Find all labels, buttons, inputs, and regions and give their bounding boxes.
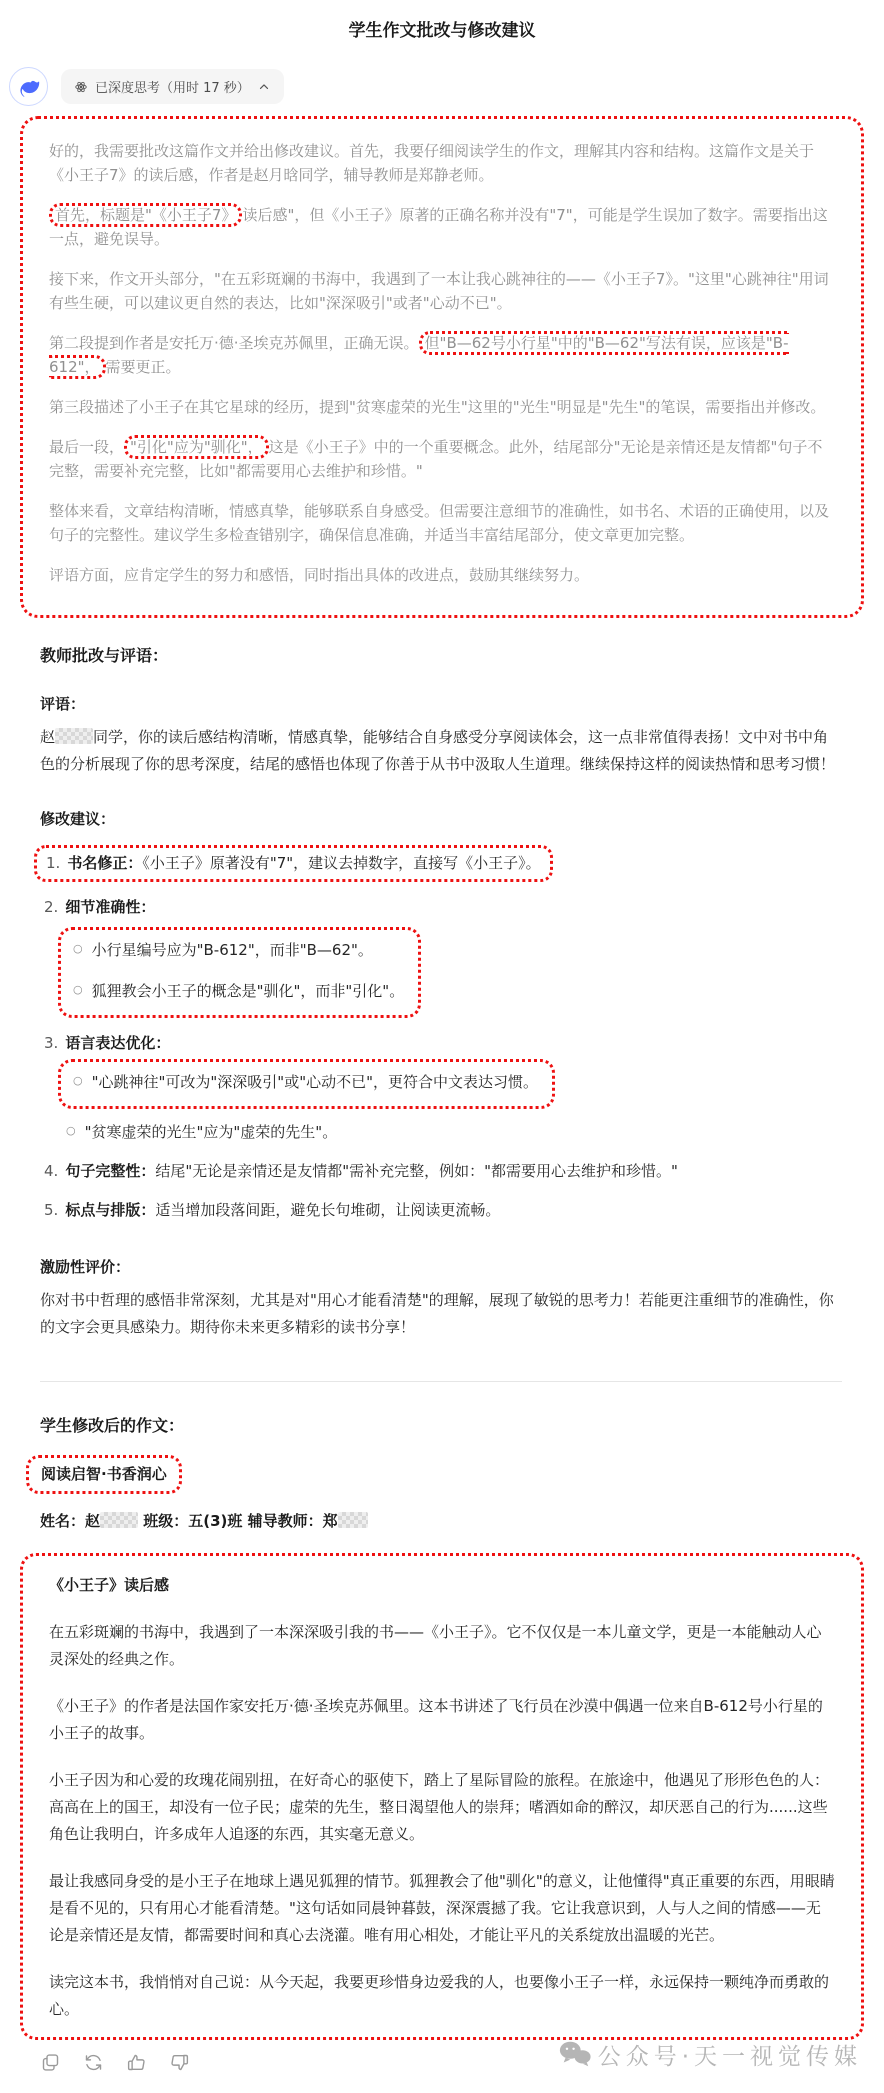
essay-motto-wrap: 阅读启智·书香润心 <box>26 1455 842 1494</box>
sub-bullet: ○"心跳神往"可改为"深深吸引"或"心动不已"，更符合中文表达习惯。 <box>69 1069 538 1096</box>
sub-bullet-text: 狐狸教会小王子的概念是"驯化"，而非"引化"。 <box>92 978 405 1005</box>
thinking-text: 需要更正。 <box>106 358 181 376</box>
red-annotation-box: 阅读启智·书香润心 <box>26 1455 182 1494</box>
red-annotation-box: ○"心跳神往"可改为"深深吸引"或"心动不已"，更符合中文表达习惯。 <box>58 1059 555 1109</box>
circle-bullet-icon: ○ <box>73 1071 83 1091</box>
thinking-paragraph: 第三段描述了小王子在其它星球的经历，提到"贫寒虚荣的光生"这里的"光生"明显是"… <box>49 395 835 419</box>
thinking-text: 最后一段， <box>49 438 124 456</box>
student-info-line: 姓名：赵 班级：五(3)班 辅导教师：郑 <box>40 1508 842 1535</box>
item-number: 1. <box>46 854 60 872</box>
thumbs-down-icon <box>169 2052 190 2073</box>
info-name-label: 姓名：赵 <box>40 1512 100 1530</box>
thinking-paragraph: 首先，标题是"《小王子7》读后感"，但《小王子》原著的正确名称并没有"7"，可能… <box>49 203 835 251</box>
thinking-content-box: 好的，我需要批改这篇作文并给出修改建议。首先，我要仔细阅读学生的作文，理解其内容… <box>20 116 864 618</box>
channel-watermark: 公众号·天一视觉传媒 <box>558 2038 862 2071</box>
item-number: 4. <box>44 1158 58 1185</box>
teacher-comment: 赵同学，你的读后感结构清晰，情感真挚，能够结合自身感受分享阅读体会，这一点非常值… <box>40 724 842 778</box>
circle-bullet-icon: ○ <box>73 980 83 1000</box>
chevron-up-icon <box>257 80 271 94</box>
sub-bullet-text: 小行星编号应为"B-612"，而非"B—62"。 <box>92 937 373 964</box>
answer-content: 教师批改与评语： 评语： 赵同学，你的读后感结构清晰，情感真挚，能够结合自身感受… <box>40 642 842 2040</box>
watermark-text: 公众号·天一视觉传媒 <box>598 2038 862 2071</box>
thinking-paragraph: 第二段提到作者是安托万·德·圣埃克苏佩里，正确无误。但"B—62号小行星"中的"… <box>49 331 835 379</box>
circle-bullet-icon: ○ <box>73 939 83 959</box>
suggestion-item-2: 2. 细节准确性： <box>44 894 842 921</box>
sub-bullet: ○"贫寒虚荣的光生"应为"虚荣的先生"。 <box>62 1119 842 1146</box>
copy-button[interactable] <box>40 2052 61 2073</box>
item-title: 标点与排版： <box>65 1201 155 1219</box>
thinking-text: 第二段提到作者是安托万·德·圣埃克苏佩里，正确无误。 <box>49 334 419 352</box>
thinking-paragraph: 接下来，作文开头部分，"在五彩斑斓的书海中，我遇到了一本让我心跳神往的——《小王… <box>49 267 835 315</box>
redacted-name <box>100 1512 138 1528</box>
essay-paragraph: 读完这本书，我悄悄对自己说：从今天起，我要更珍惜身边爱我的人，也要像小王子一样，… <box>49 1969 835 2023</box>
redacted-name <box>55 728 93 744</box>
suggestion-item-1: 1.书名修正：《小王子》原著没有"7"，建议去掉数字，直接写《小王子》。 <box>44 845 842 882</box>
suggestion-item-4: 4. 句子完整性：结尾"无论是亲情还是友情都"需补充完整，例如："都需要用心去维… <box>44 1158 842 1185</box>
student-essay-box: 《小王子》读后感 在五彩斑斓的书海中，我遇到了一本深深吸引我的书——《小王子》。… <box>20 1553 864 2040</box>
item-text: 适当增加段落间距，避免长句堆砌，让阅读更流畅。 <box>155 1201 500 1219</box>
sub-bullet: ○小行星编号应为"B-612"，而非"B—62"。 <box>69 937 404 964</box>
item-number: 5. <box>44 1197 58 1224</box>
assistant-avatar <box>9 67 48 106</box>
deep-think-label: 已深度思考（用时 17 秒） <box>95 77 250 96</box>
redacted-name <box>338 1512 368 1528</box>
regenerate-icon <box>83 2052 104 2073</box>
thumbs-down-button[interactable] <box>169 2052 190 2073</box>
regenerate-button[interactable] <box>83 2052 104 2073</box>
red-annotation-box: 1.书名修正：《小王子》原著没有"7"，建议去掉数字，直接写《小王子》。 <box>34 845 553 882</box>
suggestion-item-3: 3. 语言表达优化： <box>44 1030 842 1057</box>
red-annotation-box: 首先，标题是"《小王子7》 <box>49 203 242 227</box>
wechat-bubbles-icon <box>558 2039 592 2069</box>
item-title: 句子完整性： <box>65 1162 155 1180</box>
sub-bullet: ○狐狸教会小王子的概念是"驯化"，而非"引化"。 <box>69 978 404 1005</box>
suggestions-heading: 修改建议： <box>40 806 842 833</box>
encouragement-text: 你对书中哲理的感悟非常深刻，尤其是对"用心才能看清楚"的理解，展现了敏锐的思考力… <box>40 1287 842 1341</box>
red-annotation-box: ○小行星编号应为"B-612"，而非"B—62"。 ○狐狸教会小王子的概念是"驯… <box>58 927 421 1018</box>
essay-paragraph: 小王子因为和心爱的玫瑰花闹别扭，在好奇心的驱使下，踏上了星际冒险的旅程。在旅途中… <box>49 1767 835 1848</box>
thinking-paragraph: 好的，我需要批改这篇作文并给出修改建议。首先，我要仔细阅读学生的作文，理解其内容… <box>49 139 835 187</box>
red-annotation-box: "引化"应为"驯化"， <box>124 435 269 459</box>
whale-icon <box>17 75 41 99</box>
essay-title: 《小王子》读后感 <box>49 1572 835 1599</box>
section-divider <box>40 1381 842 1382</box>
sub-bullet-text: "心跳神往"可改为"深深吸引"或"心动不已"，更符合中文表达习惯。 <box>92 1069 538 1096</box>
comment-label: 评语： <box>40 691 842 718</box>
sub-bullet-text: "贫寒虚荣的光生"应为"虚荣的先生"。 <box>85 1119 338 1146</box>
item-number: 3. <box>44 1030 58 1057</box>
encouragement-heading: 激励性评价： <box>40 1254 842 1281</box>
thumbs-up-icon <box>126 2052 147 2073</box>
essay-paragraph: 最让我感同身受的是小王子在地球上遇见狐狸的情节。狐狸教会了他"驯化"的意义，让他… <box>49 1868 835 1949</box>
student-surname: 赵 <box>40 728 55 746</box>
comment-text: 同学，你的读后感结构清晰，情感真挚，能够结合自身感受分享阅读体会，这一点非常值得… <box>40 728 835 773</box>
essay-paragraph: 《小王子》的作者是法国作家安托万·德·圣埃克苏佩里。这本书讲述了飞行员在沙漠中偶… <box>49 1693 835 1747</box>
item-title: 语言表达优化： <box>65 1030 170 1057</box>
student-section-heading: 学生修改后的作文： <box>40 1412 842 1441</box>
info-class-teacher: 班级：五(3)班 辅导教师：郑 <box>138 1512 338 1530</box>
copy-icon <box>40 2052 61 2073</box>
suggestion-item-5: 5. 标点与排版：适当增加段落间距，避免长句堆砌，让阅读更流畅。 <box>44 1197 842 1224</box>
thumbs-up-button[interactable] <box>126 2052 147 2073</box>
assistant-message-header: 已深度思考（用时 17 秒） <box>9 67 884 106</box>
item-number: 2. <box>44 894 58 921</box>
deep-think-icon <box>74 80 88 94</box>
essay-paragraph: 在五彩斑斓的书海中，我遇到了一本深深吸引我的书——《小王子》。它不仅仅是一本儿童… <box>49 1619 835 1673</box>
essay-motto: 阅读启智·书香润心 <box>41 1465 167 1483</box>
item-title: 细节准确性： <box>65 894 155 921</box>
thinking-paragraph: 最后一段，"引化"应为"驯化"，这是《小王子》中的一个重要概念。此外，结尾部分"… <box>49 435 835 483</box>
circle-bullet-icon: ○ <box>66 1121 76 1141</box>
deep-think-toggle[interactable]: 已深度思考（用时 17 秒） <box>61 69 284 104</box>
item-title: 书名修正： <box>67 854 142 872</box>
item-text: 结尾"无论是亲情还是友情都"需补充完整，例如："都需要用心去维护和珍惜。" <box>155 1162 678 1180</box>
item-text: 《小王子》原著没有"7"，建议去掉数字，直接写《小王子》。 <box>142 854 540 872</box>
teacher-section-heading: 教师批改与评语： <box>40 642 842 671</box>
thinking-paragraph: 评语方面，应肯定学生的努力和感悟，同时指出具体的改进点，鼓励其继续努力。 <box>49 563 835 587</box>
page-title: 学生作文批改与修改建议 <box>0 0 884 41</box>
thinking-paragraph: 整体来看，文章结构清晰，情感真挚，能够联系自身感受。但需要注意细节的准确性，如书… <box>49 499 835 547</box>
chat-page: 学生作文批改与修改建议 已深度思考（用时 17 秒） 好的，我需要批改这篇作文并… <box>0 0 884 2093</box>
